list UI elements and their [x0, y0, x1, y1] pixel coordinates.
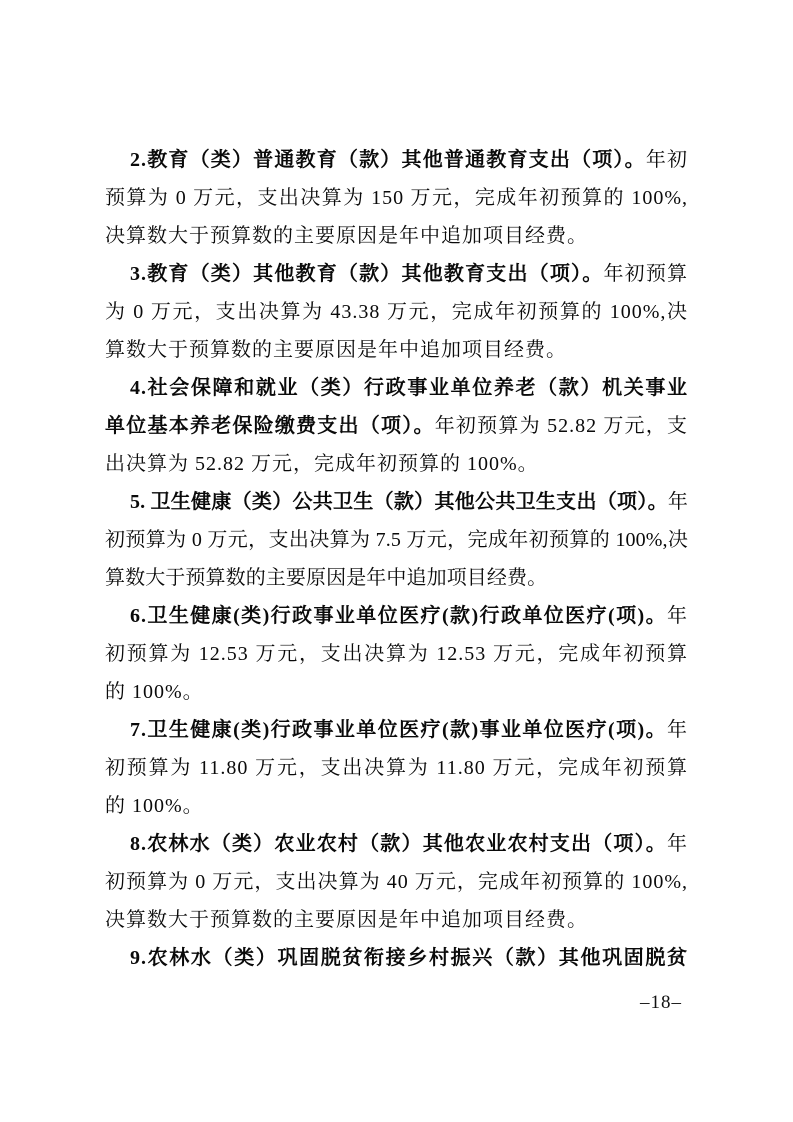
paragraph-item-4: 4.社会保障和就业（类）行政事业单位养老（款）机关事业单位基本养老保险缴费支出（… — [105, 369, 688, 483]
document-page: 2.教育（类）普通教育（款）其他普通教育支出（项）。年初预算为 0 万元，支出决… — [0, 0, 793, 1122]
paragraph-item-8: 8.农林水（类）农业农村（款）其他农业农村支出（项）。年初预算为 0 万元，支出… — [105, 825, 688, 939]
paragraph-item-2: 2.教育（类）普通教育（款）其他普通教育支出（项）。年初预算为 0 万元，支出决… — [105, 141, 688, 255]
paragraph-item-7: 7.卫生健康(类)行政事业单位医疗(款)事业单位医疗(项)。年初预算为 11.8… — [105, 711, 688, 825]
item-heading: 9.农林水（类）巩固脱贫衔接乡村振兴（款）其他巩固脱贫 — [130, 947, 688, 969]
paragraph-item-6: 6.卫生健康(类)行政事业单位医疗(款)行政单位医疗(项)。年初预算为 12.5… — [105, 597, 688, 711]
paragraph-item-3: 3.教育（类）其他教育（款）其他教育支出（项）。年初预算为 0 万元，支出决算为… — [105, 255, 688, 369]
item-heading: 2.教育（类）普通教育（款）其他普通教育支出（项）。 — [130, 149, 646, 171]
item-heading: 6.卫生健康(类)行政事业单位医疗(款)行政单位医疗(项)。 — [130, 605, 667, 627]
item-heading: 3.教育（类）其他教育（款）其他教育支出（项）。 — [130, 263, 603, 285]
page-number: –18– — [640, 992, 682, 1014]
item-heading: 5. 卫生健康（类）公共卫生（款）其他公共卫生支出（项）。 — [130, 491, 668, 513]
paragraph-item-9: 9.农林水（类）巩固脱贫衔接乡村振兴（款）其他巩固脱贫 — [105, 939, 688, 977]
item-heading: 7.卫生健康(类)行政事业单位医疗(款)事业单位医疗(项)。 — [130, 719, 667, 741]
document-body: 2.教育（类）普通教育（款）其他普通教育支出（项）。年初预算为 0 万元，支出决… — [105, 141, 688, 977]
item-heading: 8.农林水（类）农业农村（款）其他农业农村支出（项）。 — [130, 833, 667, 855]
paragraph-item-5: 5. 卫生健康（类）公共卫生（款）其他公共卫生支出（项）。年初预算为 0 万元，… — [105, 483, 688, 597]
